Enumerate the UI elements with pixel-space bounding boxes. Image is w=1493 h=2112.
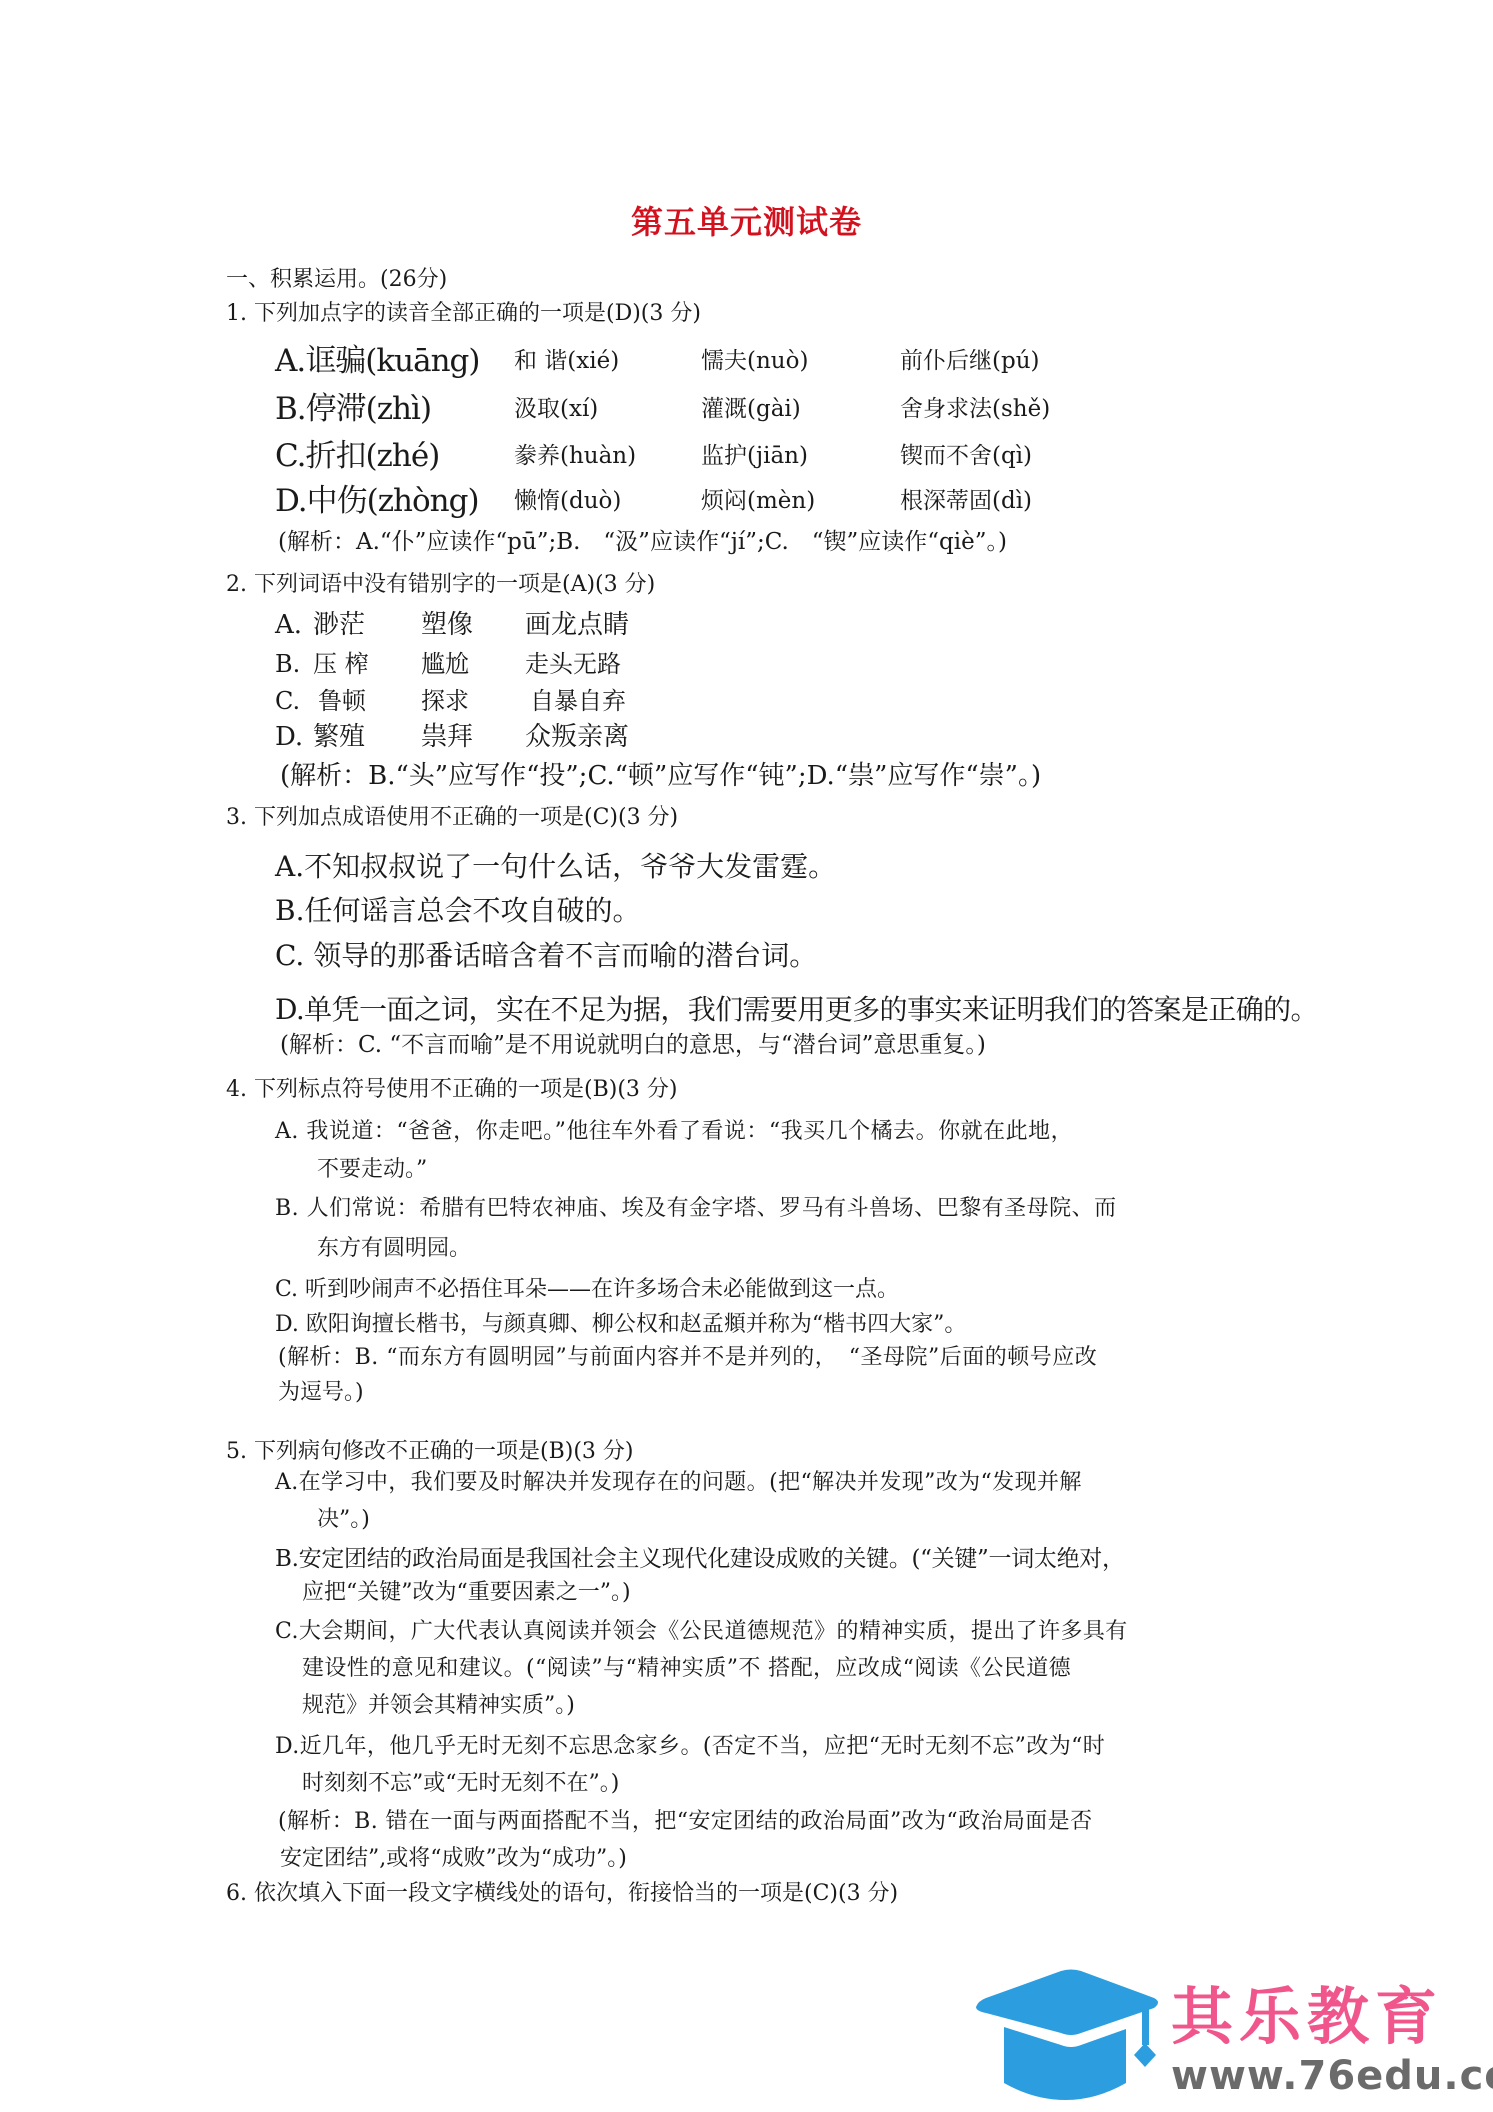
question-4-option-a: A. 我说道：“爸爸，你走吧。”他往车外看了看说：“我买几个橘去。你就在此地， [275, 1121, 1073, 1143]
question-3-stem: 3. 下列加点成语使用不正确的一项是(C)(3 分) [226, 807, 678, 829]
section-heading: 一、积累运用。(26分) [226, 269, 447, 291]
question-4-option-d: D. 欧阳询擅长楷书，与颜真卿、柳公权和赵孟頫并称为“楷书四大家”。 [275, 1314, 966, 1336]
option-word: 舍身求法(shě) [900, 398, 1050, 421]
question-4-analysis-cont: 为逗号。) [278, 1382, 364, 1404]
question-3-analysis: (解析：C. “不言而喻”是不用说就明白的意思，与“潜台词”意思重复。) [280, 1034, 986, 1057]
question-1-stem: 1. 下列加点字的读音全部正确的一项是(D)(3 分) [226, 303, 701, 325]
option-word: 监护(jiān) [701, 445, 808, 468]
option-label: A.诓骗(kuāng) [275, 343, 479, 379]
question-5-option-c-cont: 建设性的意见和建议。(“阅读”与“精神实质”不 搭配，应改成“阅读《公民道德 [302, 1658, 1071, 1680]
question-5-option-d-cont: 时刻刻不忘”或“无时无刻不在”。) [302, 1773, 619, 1795]
question-4-stem: 4. 下列标点符号使用不正确的一项是(B)(3 分) [226, 1079, 677, 1101]
question-2-analysis: (解析：B.“头”应写作“投”;C.“顿”应写作“钝”;D.“祟”应写作“崇”。… [280, 763, 1041, 789]
option-word: 自暴自弃 [530, 689, 626, 713]
question-4-option-b-cont: 东方有圆明园。 [317, 1238, 471, 1260]
question-3-option-b: B.任何谣言总会不攻自破的。 [275, 897, 640, 925]
option-label: A. [275, 612, 302, 638]
option-word: 和 谐(xié) [514, 350, 619, 373]
option-word: 前仆后继(pú) [900, 350, 1039, 373]
option-label: B. [275, 652, 300, 676]
option-word: 渺茫 [313, 612, 365, 638]
watermark-logo: 其乐教育 www.76edu.com [966, 1965, 1476, 2105]
option-word: 探求 [421, 689, 469, 713]
question-1-analysis: (解析：A.“仆”应读作“pū”;B. “汲”应读作“jí”;C. “锲”应读作… [278, 531, 1007, 554]
option-label: C.折扣(zhé) [275, 438, 439, 474]
option-label: D.中伤(zhòng) [275, 483, 479, 519]
question-4-option-b: B. 人们常说：希腊有巴特农神庙、埃及有金字塔、罗马有斗兽场、巴黎有圣母院、而 [275, 1198, 1117, 1220]
option-word: 鲁顿 [318, 689, 366, 713]
question-4-analysis: (解析：B. “而东方有圆明园”与前面内容并不是并列的， “圣母院”后面的顿号应… [278, 1347, 1097, 1369]
option-word: 懒惰(duò) [514, 490, 621, 513]
option-label: C. [275, 689, 300, 713]
option-word: 众叛亲离 [525, 724, 629, 750]
option-word: 画龙点睛 [525, 612, 629, 638]
question-5-option-b: B.安定团结的政治局面是我国社会主义现代化建设成败的关键。(“关键”一词太绝对， [275, 1548, 1125, 1571]
question-1-option-c: C.折扣(zhé) [275, 441, 439, 472]
option-word: 豢养(huàn) [514, 445, 636, 468]
page-title: 第五单元测试卷 [0, 206, 1493, 238]
option-word: 汲取(xí) [514, 398, 598, 421]
question-5-option-d: D.近几年，他几乎无时无刻不忘思念家乡。(否定不当，应把“无时无刻不忘”改为“时 [275, 1736, 1105, 1758]
option-word: 尴尬 [421, 652, 469, 676]
option-word: 懦夫(nuò) [701, 350, 808, 373]
option-word: 压 榨 [313, 652, 369, 676]
option-word: 根深蒂固(dì) [900, 490, 1032, 513]
question-4-option-c: C. 听到吵闹声不必捂住耳朵——在许多场合未必能做到这一点。 [275, 1279, 899, 1301]
question-3-option-d: D.单凭一面之词，实在不足为据，我们需要用更多的事实来证明我们的答案是正确的。 [275, 996, 1318, 1024]
question-1-option-b: B.停滞(zhì) [275, 394, 431, 425]
option-word: 灌溉(gài) [701, 398, 801, 421]
option-word: 烦闷(mèn) [701, 490, 815, 513]
question-2-stem: 2. 下列词语中没有错别字的一项是(A)(3 分) [226, 574, 655, 596]
question-5-option-b-cont: 应把“关键”改为“重要因素之一”。) [302, 1582, 631, 1604]
option-word: 塑像 [421, 612, 473, 638]
question-3-option-a: A.不知叔叔说了一句什么话，爷爷大发雷霆。 [275, 853, 836, 881]
question-3-option-c: C. 领导的那番话暗含着不言而喻的潜台词。 [275, 942, 817, 970]
question-5-analysis-cont: 安定团结”,或将“成败”改为“成功”。) [280, 1848, 627, 1870]
question-4-option-a-cont: 不要走动。” [317, 1159, 427, 1181]
graduation-cap-icon [966, 1965, 1166, 2105]
question-5-option-a-cont: 决”。) [317, 1509, 370, 1531]
option-label: B.停滞(zhì) [275, 391, 431, 427]
option-word: 走头无路 [525, 652, 621, 676]
brand-url: www.76edu.com [1171, 2053, 1493, 2099]
question-5-analysis: (解析：B. 错在一面与两面搭配不当，把“安定团结的政治局面”改为“政治局面是否 [278, 1811, 1092, 1833]
option-word: 锲而不舍(qì) [900, 445, 1032, 468]
question-5-stem: 5. 下列病句修改不正确的一项是(B)(3 分) [226, 1441, 633, 1463]
question-5-option-c-cont2: 规范》并领会其精神实质”。) [302, 1695, 575, 1717]
brand-name: 其乐教育 [1171, 1967, 1443, 2056]
question-6-stem: 6. 依次填入下面一段文字横线处的语句，衔接恰当的一项是(C)(3 分) [226, 1883, 898, 1905]
option-word: 祟拜 [421, 724, 473, 750]
option-word: 繁殖 [313, 724, 365, 750]
option-label: D. [275, 724, 303, 750]
question-1-option-d: D.中伤(zhòng) [275, 486, 479, 517]
question-1-option-a: A.诓骗(kuāng) [275, 346, 479, 377]
question-5-option-a: A.在学习中，我们要及时解决并发现存在的问题。(把“解决并发现”改为“发现并解 [275, 1472, 1082, 1494]
question-5-option-c: C.大会期间，广大代表认真阅读并领会《公民道德规范》的精神实质，提出了许多具有 [275, 1621, 1128, 1643]
